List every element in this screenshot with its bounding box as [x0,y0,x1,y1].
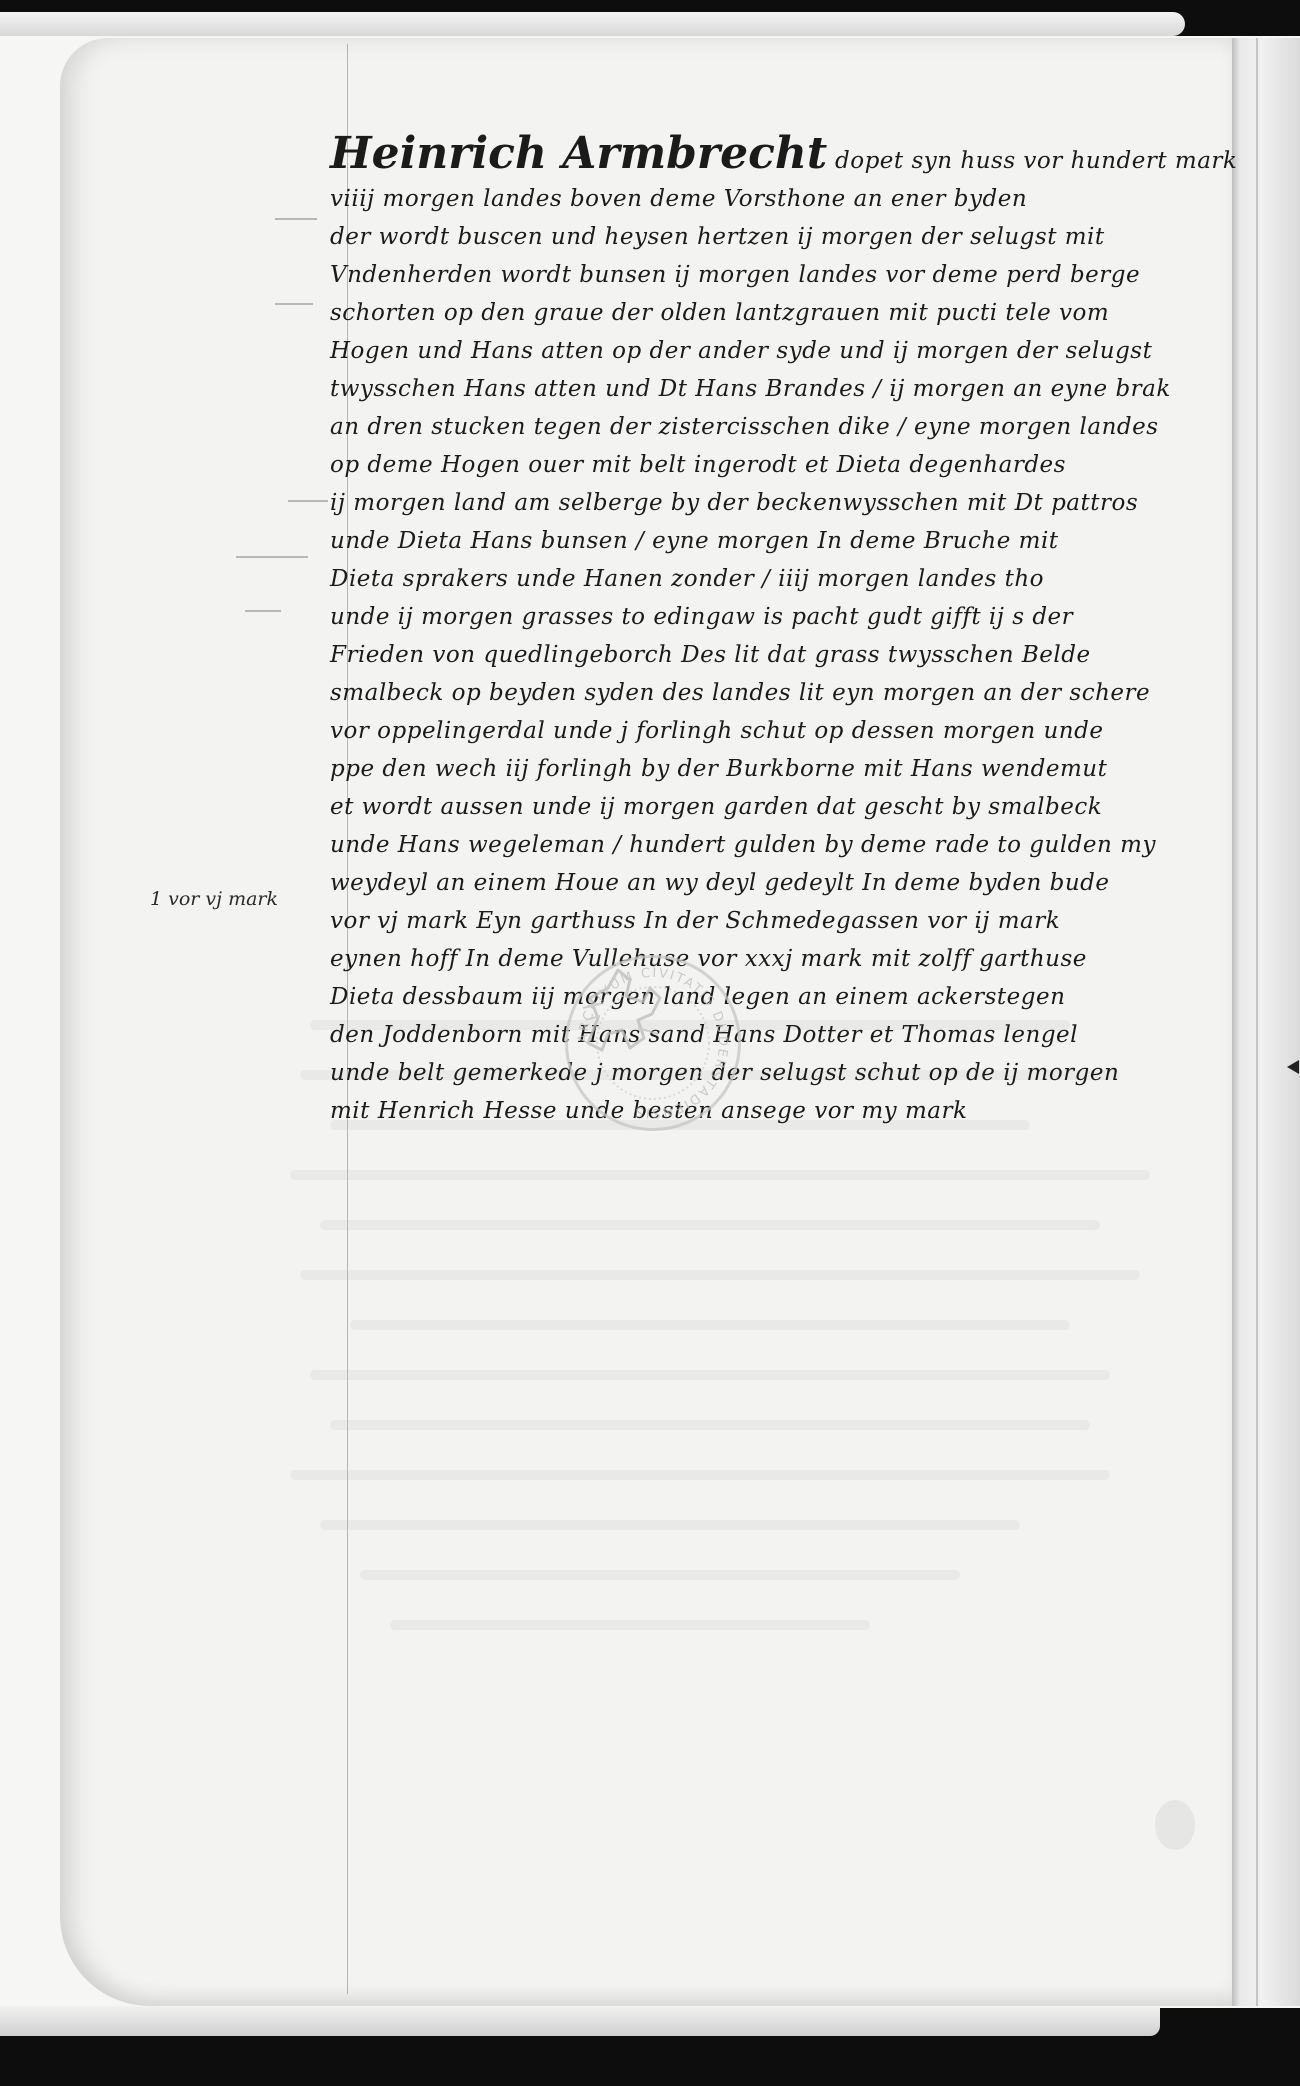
text-line: Vndenherden wordt bunsen ij morgen lande… [330,262,1140,288]
margin-tick [245,610,281,612]
text-line: ij morgen land am selberge by der becken… [330,490,1138,516]
text-line: twysschen Hans atten und Dt Hans Brandes… [330,376,1171,402]
text-line: unde ij morgen grasses to edingaw is pac… [330,604,1073,630]
text-line: Dieta sprakers unde Hanen zonder / iiij … [330,566,1044,592]
paper-stain [1155,1800,1195,1850]
text-line: op deme Hogen ouer mit belt ingerodt et … [330,452,1066,478]
lion-rampant-icon [568,958,678,1058]
text-line: Heinrich Armbrecht dopet syn huss vor hu… [330,128,1237,179]
text-line: schorten op den graue der olden lantzgra… [330,300,1109,326]
text-line: smalbeck op beyden syden des landes lit … [330,680,1150,706]
margin-annotation: 1 vor vj mark [150,888,278,910]
text-line: vor vj mark Eyn garthuss In der Schmedeg… [330,908,1060,934]
margin-tick [288,500,328,502]
text-line: unde Dieta Hans bunsen / eyne morgen In … [330,528,1059,554]
text-line: et wordt aussen unde ij morgen garden da… [330,794,1102,820]
text-line: unde Hans wegeleman / hundert gulden by … [330,832,1156,858]
archive-seal-stamp: ARCHIVUM CIVITATIS DUDERSTADIENSIS [565,955,741,1131]
entry-heading-name: Heinrich Armbrecht [330,128,827,179]
text-line: vor oppelingerdal unde j forlingh schut … [330,718,1103,744]
binding-gutter [1232,38,1300,2006]
margin-tick [275,218,317,220]
margin-ruling-line [347,44,348,1994]
gutter-fold-line [1256,38,1258,2006]
bottom-page-clamp [0,2006,1160,2036]
page-edge-marker-icon [1287,1060,1299,1074]
top-page-clamp [0,12,1185,36]
text-line: Frieden von quedlingeborch Des lit dat g… [330,642,1091,668]
text-line: der wordt buscen und heysen hertzen ij m… [330,224,1105,250]
text-line: viiij morgen landes boven deme Vorsthone… [330,186,1027,212]
margin-tick [236,556,308,558]
text-line: ppe den wech iij forlingh by der Burkbor… [330,756,1107,782]
text-line: Hogen und Hans atten op der ander syde u… [330,338,1152,364]
margin-tick [275,303,313,305]
text-line: an dren stucken tegen der zistercisschen… [330,414,1159,440]
text-line: weydeyl an einem Houe an wy deyl gedeylt… [330,870,1110,896]
